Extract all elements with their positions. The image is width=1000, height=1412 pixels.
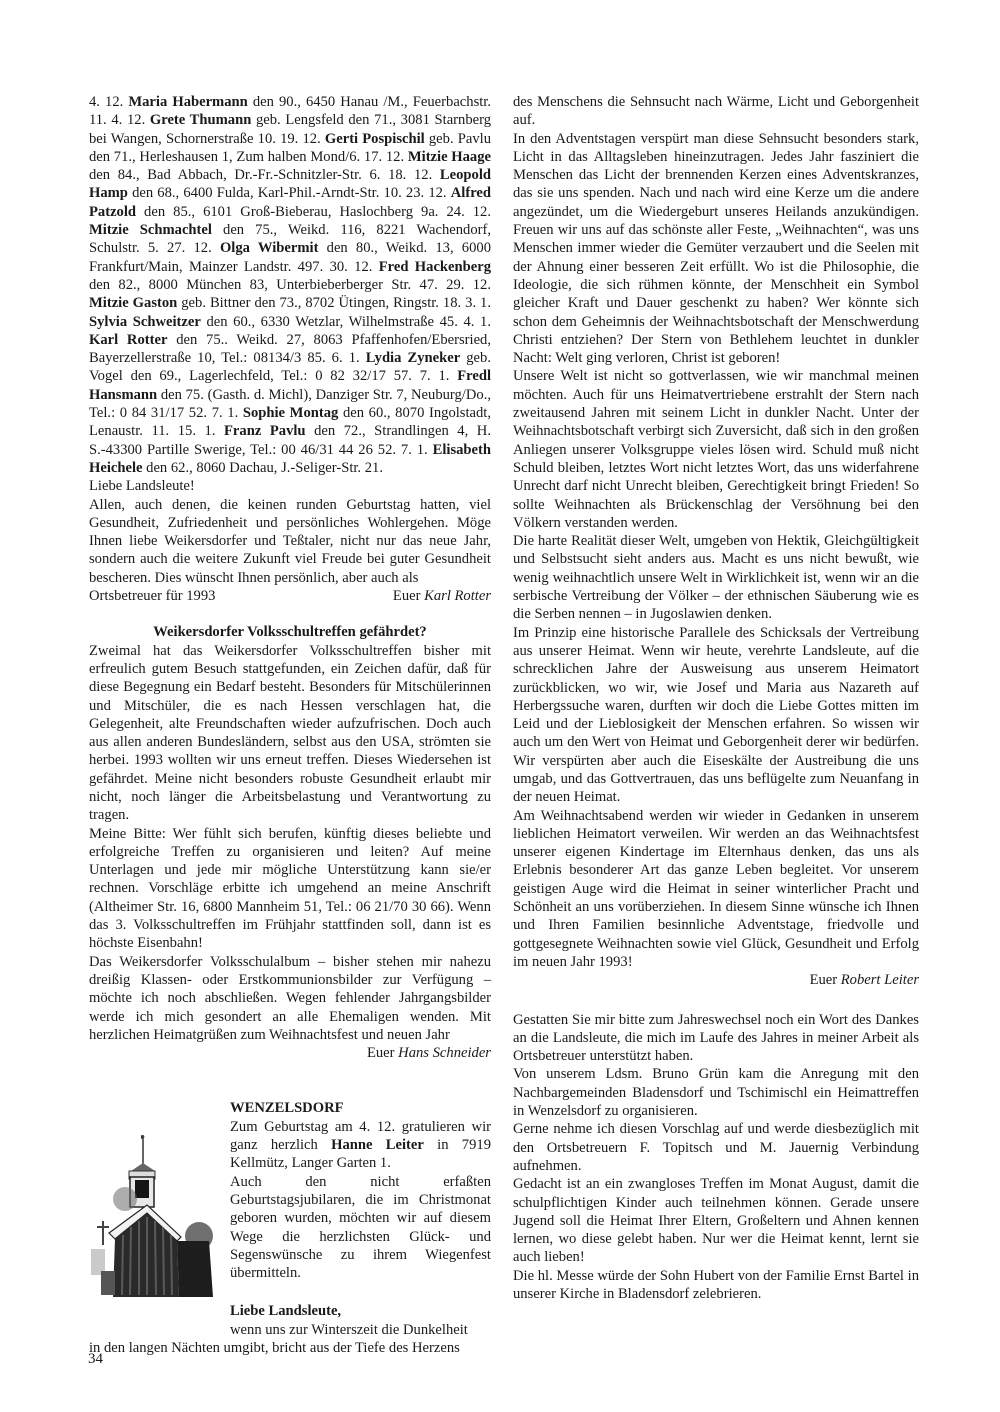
wish-last-line: Ortsbetreuer für 1993 bbox=[89, 587, 215, 605]
letter-title: Liebe Landsleute, bbox=[230, 1302, 491, 1320]
birthday-name: Maria Habermann bbox=[128, 94, 247, 110]
wish-paragraph: Allen, auch denen, die keinen runden Geb… bbox=[89, 496, 491, 587]
article-paragraph: Zweimal hat das Weikersdorfer Volksschul… bbox=[89, 642, 491, 825]
birthday-name: Alfred Patzold bbox=[89, 185, 491, 219]
signature-name: Robert Leiter bbox=[841, 972, 919, 988]
birthday-name: Fredl Hansmann bbox=[89, 368, 491, 402]
birthday-name: Sophie Montag bbox=[243, 405, 338, 421]
letter-paragraph: Am Weihnachtsabend werden wir wieder in … bbox=[513, 807, 919, 972]
right-column: des Menschens die Sehnsucht nach Wärme, … bbox=[513, 93, 919, 1303]
wenzelsdorf-text: WENZELSDORF Zum Geburtstag am 4. 12. gra… bbox=[230, 1099, 491, 1320]
wenzelsdorf-paragraph: Auch den nicht erfaßten Geburtstagsjubil… bbox=[230, 1173, 491, 1283]
birthday-name: Olga Wibermit bbox=[220, 240, 318, 256]
letter-signature: Euer Robert Leiter bbox=[513, 971, 919, 989]
article-paragraph: Das Weikersdorfer Volksschulalbum – bish… bbox=[89, 953, 491, 1044]
letter-paragraph: In den Adventstagen verspürt man diese S… bbox=[513, 130, 919, 368]
wenzelsdorf-birthday: Zum Geburtstag am 4. 12. gratulieren wir… bbox=[230, 1118, 491, 1173]
thanks-paragraph: Gerne nehme ich diesen Vorschlag auf und… bbox=[513, 1120, 919, 1175]
signature-name: Hans Schneider bbox=[398, 1045, 491, 1061]
birthday-name: Mitzie Haage bbox=[408, 149, 491, 165]
spacer bbox=[513, 990, 919, 1011]
wish-signature-row: Ortsbetreuer für 1993 Euer Karl Rotter bbox=[89, 587, 491, 605]
thanks-paragraph: Die hl. Messe würde der Sohn Hubert von … bbox=[513, 1267, 919, 1304]
birthday-list: 4. 12. Maria Habermann den 90., 6450 Han… bbox=[89, 93, 491, 477]
letter-first-line: wenn uns zur Winterszeit die Dunkelheit bbox=[89, 1321, 491, 1339]
thanks-paragraph: Gedacht ist an ein zwangloses Treffen im… bbox=[513, 1175, 919, 1266]
birthday-name: Mitzie Gaston bbox=[89, 295, 177, 311]
birthday-name: Fred Hackenberg bbox=[379, 259, 491, 275]
birthday-name: Gerti Pospischil bbox=[325, 131, 425, 147]
letter-paragraph: Unsere Welt ist nicht so gottverlassen, … bbox=[513, 367, 919, 532]
wenzelsdorf-title: WENZELSDORF bbox=[230, 1099, 491, 1117]
birthday-name: Mitzie Schmachtel bbox=[89, 222, 212, 238]
left-column: 4. 12. Maria Habermann den 90., 6450 Han… bbox=[89, 93, 491, 1357]
article-signature: Euer Hans Schneider bbox=[89, 1044, 491, 1062]
birthday-name: Leopold Hamp bbox=[89, 167, 491, 201]
birthday-name: Hanne Leiter bbox=[331, 1137, 424, 1153]
birthday-name: Grete Thumann bbox=[150, 112, 251, 128]
thanks-paragraph: Von unserem Ldsm. Bruno Grün kam die Anr… bbox=[513, 1065, 919, 1120]
article-paragraph: Meine Bitte: Wer fühlt sich berufen, kün… bbox=[89, 825, 491, 953]
thanks-paragraph: Gestatten Sie mir bitte zum Jahreswechse… bbox=[513, 1011, 919, 1066]
greeting: Liebe Landsleute! bbox=[89, 477, 491, 495]
letter-paragraph: des Menschens die Sehnsucht nach Wärme, … bbox=[513, 93, 919, 130]
birthday-name: Elisabeth Heichele bbox=[89, 442, 491, 476]
article-title: Weikersdorfer Volksschultreffen gefährde… bbox=[89, 623, 491, 641]
birthday-name: Lydia Zyneker bbox=[366, 350, 460, 366]
page-number: 34 bbox=[88, 1351, 103, 1368]
letter-second-line: in den langen Nächten umgibt, bricht aus… bbox=[89, 1339, 491, 1357]
church-photo bbox=[89, 1121, 217, 1301]
wenzelsdorf-section: WENZELSDORF Zum Geburtstag am 4. 12. gra… bbox=[89, 1099, 491, 1357]
wish-signature: Euer Karl Rotter bbox=[393, 587, 491, 605]
birthday-name: Sylvia Schweitzer bbox=[89, 314, 201, 330]
signature-name: Karl Rotter bbox=[424, 588, 491, 604]
birthday-name: Franz Pavlu bbox=[224, 423, 306, 439]
birthday-name: Karl Rotter bbox=[89, 332, 167, 348]
letter-paragraph: Die harte Realität dieser Welt, umgeben … bbox=[513, 532, 919, 623]
letter-paragraph: Im Prinzip eine historische Parallele de… bbox=[513, 624, 919, 807]
